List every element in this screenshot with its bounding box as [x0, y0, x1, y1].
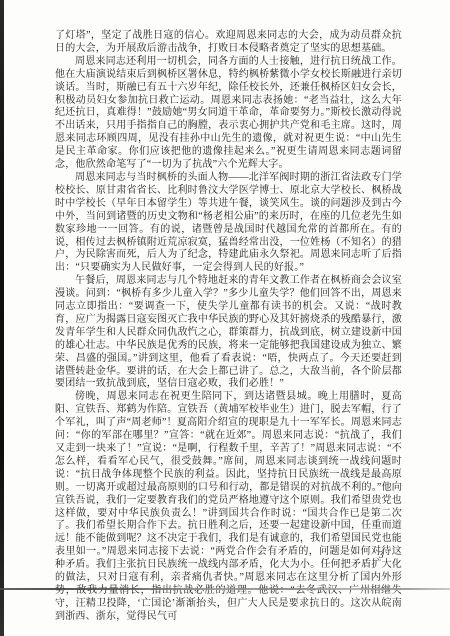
scanned-document-page: 了灯塔”，坚定了战胜日寇的信心。欢迎周恩来同志的大会，成为动员群众抗日的大会，为…: [0, 0, 450, 636]
body-paragraph: 周恩来同志与当时枫桥的头面人物——北洋军阀时期的浙江省法政专门学校校长、原甘肃省…: [55, 172, 402, 275]
body-paragraph: 周恩来同志还利用一切机会，同各方面的人士接触，进行抗日统战工作。他在大庙演说结束…: [55, 56, 402, 172]
scan-edge-artifact: [0, 0, 4, 636]
bottom-rule: [0, 588, 450, 590]
body-paragraph: 了灯塔”，坚定了战胜日寇的信心。欢迎周恩来同志的大会，成为动员群众抗日的大会，为…: [55, 30, 402, 56]
body-paragraph: 午餐后，周恩来同志与几个特地赶来的青年文教工作者在枫桥商会会议室漫谈。问到：“枫…: [55, 275, 402, 391]
page-number: 3: [374, 550, 388, 561]
body-text: 了灯塔”，坚定了战胜日寇的信心。欢迎周恩来同志的大会，成为动员群众抗日的大会，为…: [55, 30, 402, 624]
